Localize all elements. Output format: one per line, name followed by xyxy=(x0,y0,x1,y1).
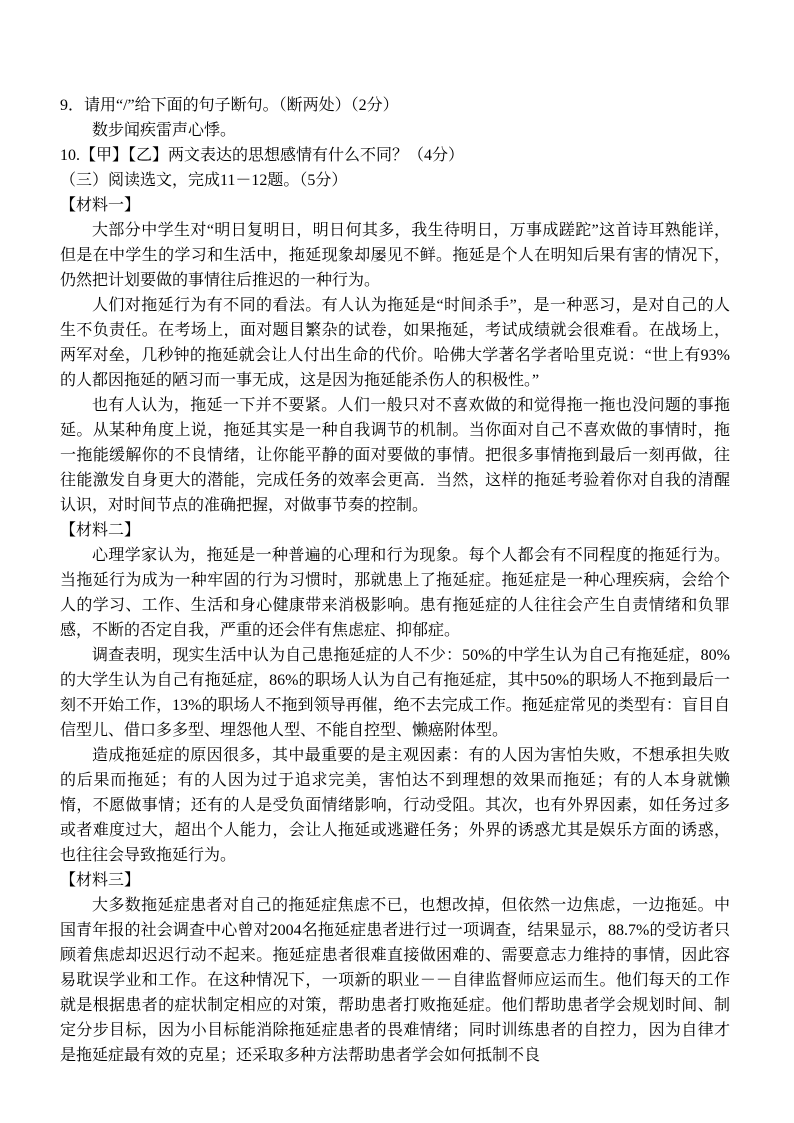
question-10: 10.【甲】【乙】两文表达的思想感情有什么不同？（4分） xyxy=(60,143,730,168)
material-1-title: 【材料一】 xyxy=(60,193,730,218)
question-9: 9．请用“/”给下面的句子断句。（断两处）（2分） xyxy=(60,93,730,118)
material-2: 【材料二】 心理学家认为，拖延是一种普遍的心理和行为现象。每个人都会有不同程度的… xyxy=(60,518,730,868)
material-2-paragraph-3: 造成拖延症的原因很多，其中最重要的是主观因素：有的人因为害怕失败，不想承担失败的… xyxy=(60,743,730,868)
question-9-sentence: 数步闻疾雷声心悸。 xyxy=(60,118,730,143)
material-2-title: 【材料二】 xyxy=(60,518,730,543)
material-1-paragraph-1: 大部分中学生对“明日复明日，明日何其多，我生待明日，万事成蹉跎”这首诗耳熟能详，… xyxy=(60,218,730,293)
material-3-title: 【材料三】 xyxy=(60,868,730,893)
material-1-paragraph-3: 也有人认为，拖延一下并不要紧。人们一般只对不喜欢做的和觉得拖一拖也没问题的事拖延… xyxy=(60,393,730,518)
exam-document-page: 9．请用“/”给下面的句子断句。（断两处）（2分） 数步闻疾雷声心悸。 10.【… xyxy=(0,0,794,1123)
material-2-paragraph-1: 心理学家认为，拖延是一种普遍的心理和行为现象。每个人都会有不同程度的拖延行为。当… xyxy=(60,543,730,643)
material-3: 【材料三】 大多数拖延症患者对自己的拖延症焦虑不已，也想改掉，但依然一边焦虑，一… xyxy=(60,868,730,1068)
material-2-paragraph-2: 调查表明，现实生活中认为自己患拖延症的人不少：50%的中学生认为自己有拖延症，8… xyxy=(60,643,730,743)
material-3-paragraph-1: 大多数拖延症患者对自己的拖延症焦虑不已，也想改掉，但依然一边焦虑，一边拖延。中国… xyxy=(60,893,730,1068)
material-1-paragraph-2: 人们对拖延行为有不同的看法。有人认为拖延是“时间杀手”，是一种恶习，是对自己的人… xyxy=(60,293,730,393)
material-1: 【材料一】 大部分中学生对“明日复明日，明日何其多，我生待明日，万事成蹉跎”这首… xyxy=(60,193,730,518)
section-3-header: （三）阅读选文，完成11－12题。（5分） xyxy=(60,168,730,193)
